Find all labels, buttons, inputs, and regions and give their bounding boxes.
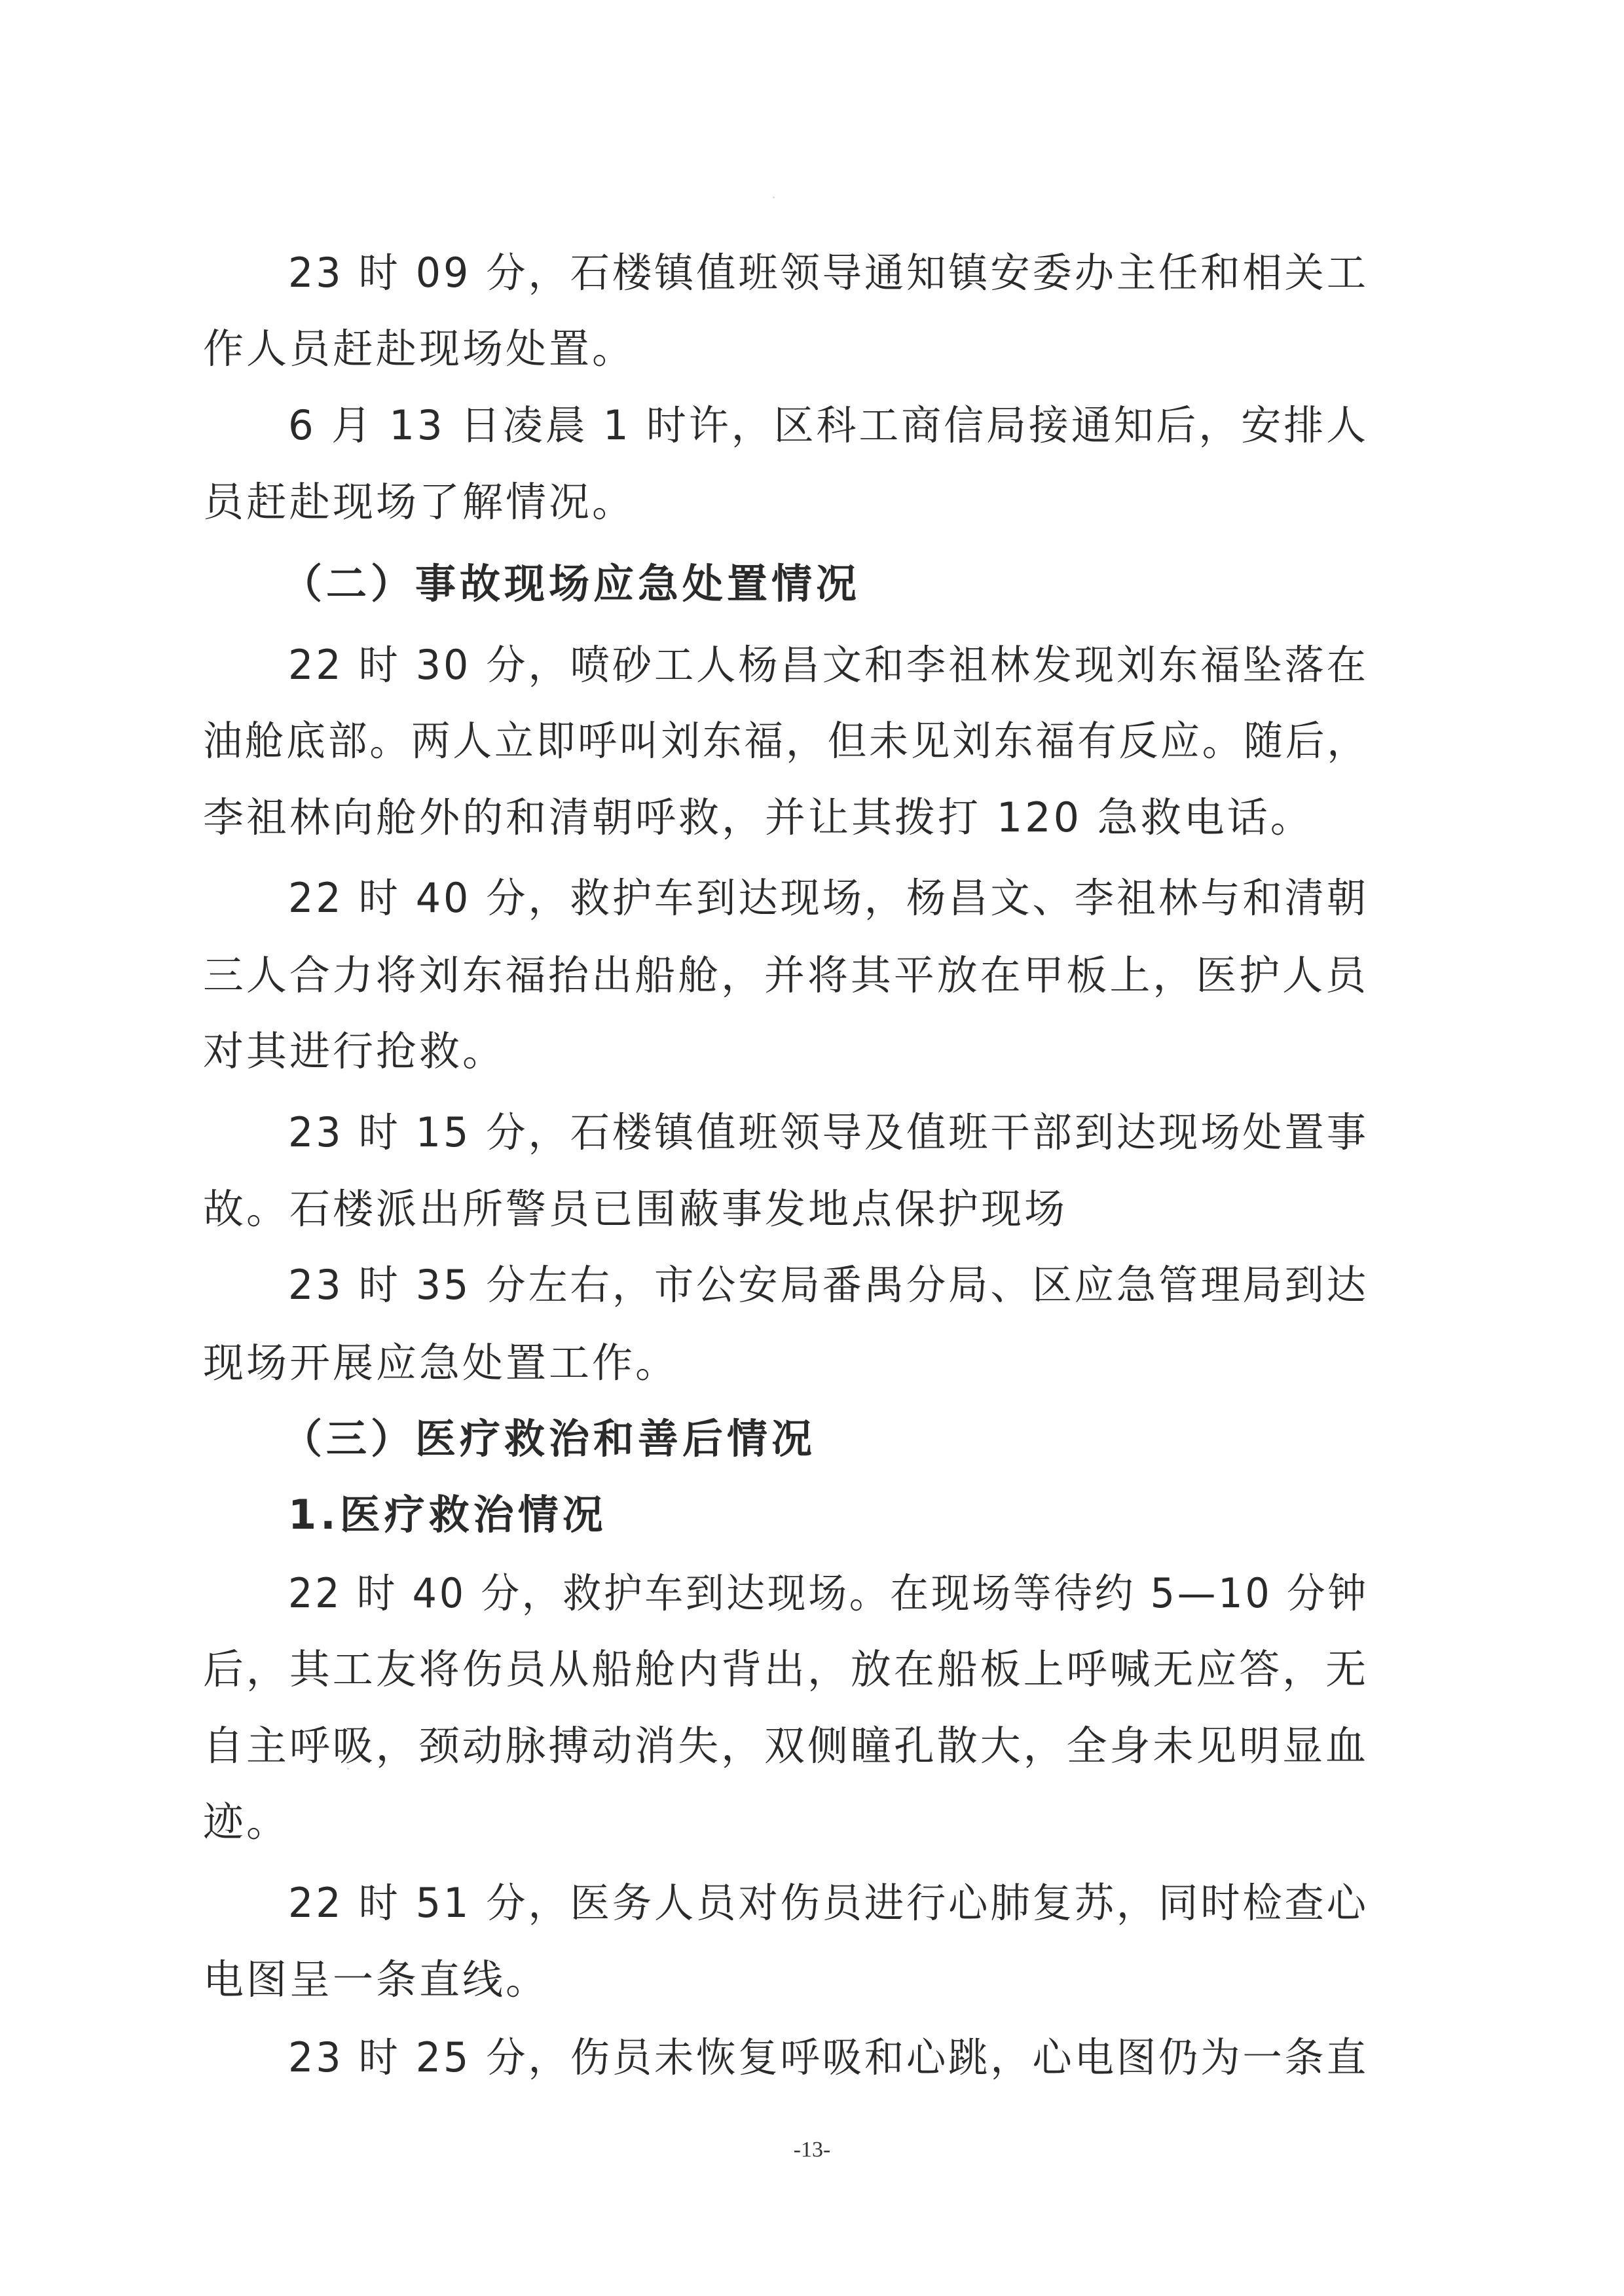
- paragraph-5-line-2: 故。石楼派出所警员已围蔽事发地点保护现场: [203, 1176, 1369, 1242]
- paragraph-1-line-2: 作人员赶赴现场处置。: [203, 316, 1369, 382]
- paragraph-6-line-1: 23 时 35 分左右，市公安局番禺分局、区应急管理局到达: [288, 1252, 1369, 1318]
- paragraph-6-line-2: 现场开展应急处置工作。: [203, 1330, 1369, 1396]
- paragraph-1-line-1: 23 时 09 分，石楼镇值班领导通知镇安委办主任和相关工: [288, 240, 1369, 306]
- paragraph-3-line-3: 李祖林向舱外的和清朝呼救，并让其拨打 120 急救电话。: [203, 785, 1369, 850]
- paragraph-4-line-1: 22 时 40 分，救护车到达现场，杨昌文、李祖林与和清朝: [288, 866, 1369, 931]
- paragraph-4-line-3: 对其进行抢救。: [203, 1019, 1369, 1084]
- paragraph-9-line-1: 23 时 25 分，伤员未恢复呼吸和心跳，心电图仍为一条直: [288, 2025, 1369, 2090]
- paragraph-4-line-2: 三人合力将刘东福抬出船舱，并将其平放在甲板上，医护人员: [203, 943, 1369, 1008]
- paragraph-7-line-1: 22 时 40 分，救护车到达现场。在现场等待约 5—10 分钟: [288, 1561, 1369, 1626]
- paragraph-8-line-2: 电图呈一条直线。: [203, 1947, 1369, 2013]
- paragraph-2-line-1: 6 月 13 日凌晨 1 时许，区科工商信局接通知后，安排人: [288, 393, 1369, 458]
- subsection-heading-1: 1.医疗救治情况: [288, 1482, 1369, 1548]
- scan-speck: [773, 196, 775, 198]
- section-heading-3: （三）医疗救治和善后情况: [282, 1406, 1362, 1472]
- paragraph-8-line-1: 22 时 51 分，医务人员对伤员进行心肺复苏，同时检查心: [288, 1870, 1369, 1936]
- paragraph-7-line-4: 迹。: [203, 1789, 1369, 1855]
- section-heading-2: （二）事故现场应急处置情况: [282, 551, 1362, 617]
- page-number: -13-: [779, 2138, 845, 2162]
- paragraph-7-line-3: 自主呼吸，颈动脉搏动消失，双侧瞳孔散大，全身未见明显血: [203, 1713, 1369, 1779]
- scan-speck: [347, 1768, 349, 1770]
- paragraph-3-line-1: 22 时 30 分，喷砂工人杨昌文和李祖林发现刘东福坠落在: [288, 632, 1369, 698]
- paragraph-7-line-2: 后，其工友将伤员从船舱内背出，放在船板上呼喊无应答，无: [203, 1637, 1369, 1702]
- paragraph-3-line-2: 油舱底部。两人立即呼叫刘东福，但未见刘东福有反应。随后，: [203, 708, 1369, 774]
- paragraph-5-line-1: 23 时 15 分，石楼镇值班领导及值班干部到达现场处置事: [288, 1100, 1369, 1165]
- document-page: 23 时 09 分，石楼镇值班领导通知镇安委办主任和相关工 作人员赶赴现场处置。…: [0, 0, 1624, 2296]
- paragraph-2-line-2: 员赶赴现场了解情况。: [203, 469, 1369, 535]
